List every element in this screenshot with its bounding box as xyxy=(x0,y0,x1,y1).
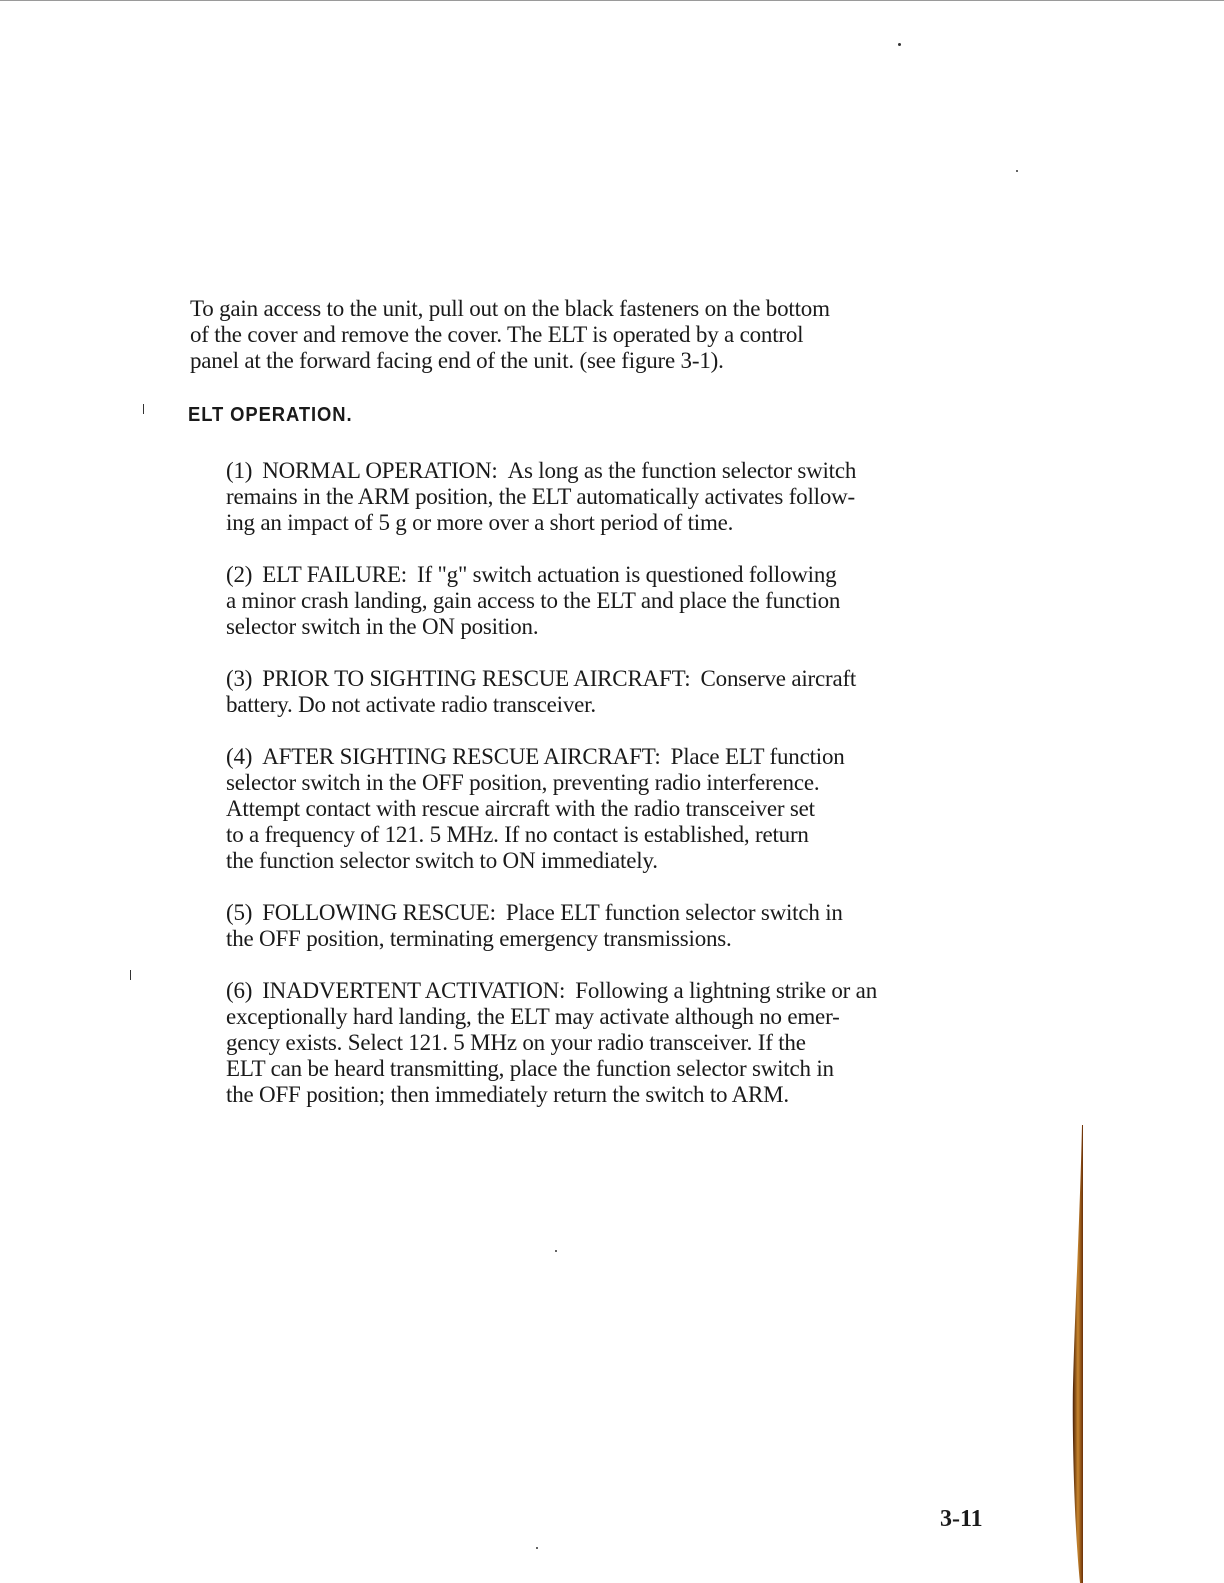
list-item-inadvertent-activation: (6)INADVERTENT ACTIVATION:Following a li… xyxy=(226,978,1026,1108)
item-label: NORMAL OPERATION: xyxy=(262,458,497,483)
list-item-normal-operation: (1)NORMAL OPERATION:As long as the funct… xyxy=(226,458,1026,536)
item-text: ELT can be heard transmitting, place the… xyxy=(226,1056,1026,1082)
item-text: the OFF position; then immediately retur… xyxy=(226,1082,1026,1108)
intro-line: To gain access to the unit, pull out on … xyxy=(190,296,1010,322)
item-text: Place ELT function xyxy=(671,744,845,769)
item-text: Conserve aircraft xyxy=(701,666,857,691)
page-top-edge xyxy=(0,0,1224,1)
item-number: (3) xyxy=(226,666,252,691)
item-label: AFTER SIGHTING RESCUE AIRCRAFT: xyxy=(262,744,660,769)
item-text: As long as the function selector switch xyxy=(508,458,857,483)
item-number: (4) xyxy=(226,744,252,769)
item-number: (1) xyxy=(226,458,252,483)
section-heading: ELT OPERATION. xyxy=(188,404,353,427)
item-text: ing an impact of 5 g or more over a shor… xyxy=(226,510,1026,536)
item-text: Attempt contact with rescue aircraft wit… xyxy=(226,796,1026,822)
scan-speck xyxy=(130,970,131,980)
item-text: If "g" switch actuation is questioned fo… xyxy=(417,562,836,587)
item-number: (5) xyxy=(226,900,252,925)
scan-speck xyxy=(1016,170,1018,172)
intro-line: panel at the forward facing end of the u… xyxy=(190,348,1010,374)
operation-items-list: (1)NORMAL OPERATION:As long as the funct… xyxy=(226,458,1026,1134)
scan-speck xyxy=(536,1547,538,1549)
page-number: 3-11 xyxy=(940,1506,983,1533)
item-text: exceptionally hard landing, the ELT may … xyxy=(226,1004,1026,1030)
list-item-prior-to-sighting: (3)PRIOR TO SIGHTING RESCUE AIRCRAFT:Con… xyxy=(226,666,1026,718)
item-text: selector switch in the OFF position, pre… xyxy=(226,770,1026,796)
intro-line: of the cover and remove the cover. The E… xyxy=(190,322,1010,348)
item-label: PRIOR TO SIGHTING RESCUE AIRCRAFT: xyxy=(262,666,690,691)
item-text: a minor crash landing, gain access to th… xyxy=(226,588,1026,614)
item-label: FOLLOWING RESCUE: xyxy=(262,900,496,925)
list-item-following-rescue: (5)FOLLOWING RESCUE:Place ELT function s… xyxy=(226,900,1026,952)
item-text: the OFF position, terminating emergency … xyxy=(226,926,1026,952)
item-number: (2) xyxy=(226,562,252,587)
item-text: gency exists. Select 121. 5 MHz on your … xyxy=(226,1030,1026,1056)
list-item-elt-failure: (2)ELT FAILURE:If "g" switch actuation i… xyxy=(226,562,1026,640)
list-item-after-sighting: (4)AFTER SIGHTING RESCUE AIRCRAFT:Place … xyxy=(226,744,1026,874)
item-text: battery. Do not activate radio transceiv… xyxy=(226,692,1026,718)
item-text: selector switch in the ON position. xyxy=(226,614,1026,640)
item-label: ELT FAILURE: xyxy=(262,562,407,587)
item-number: (6) xyxy=(226,978,252,1003)
item-text: remains in the ARM position, the ELT aut… xyxy=(226,484,1026,510)
item-text: the function selector switch to ON immed… xyxy=(226,848,1026,874)
item-label: INADVERTENT ACTIVATION: xyxy=(262,978,565,1003)
item-text: Place ELT function selector switch in xyxy=(506,900,843,925)
page-edge-shadow xyxy=(1068,1125,1084,1583)
scan-speck xyxy=(555,1250,557,1252)
item-text: to a frequency of 121. 5 MHz. If no cont… xyxy=(226,822,1026,848)
scan-speck xyxy=(143,404,144,414)
scan-speck xyxy=(898,43,901,46)
item-text: Following a lightning strike or an xyxy=(575,978,877,1003)
intro-paragraph: To gain access to the unit, pull out on … xyxy=(190,296,1010,374)
